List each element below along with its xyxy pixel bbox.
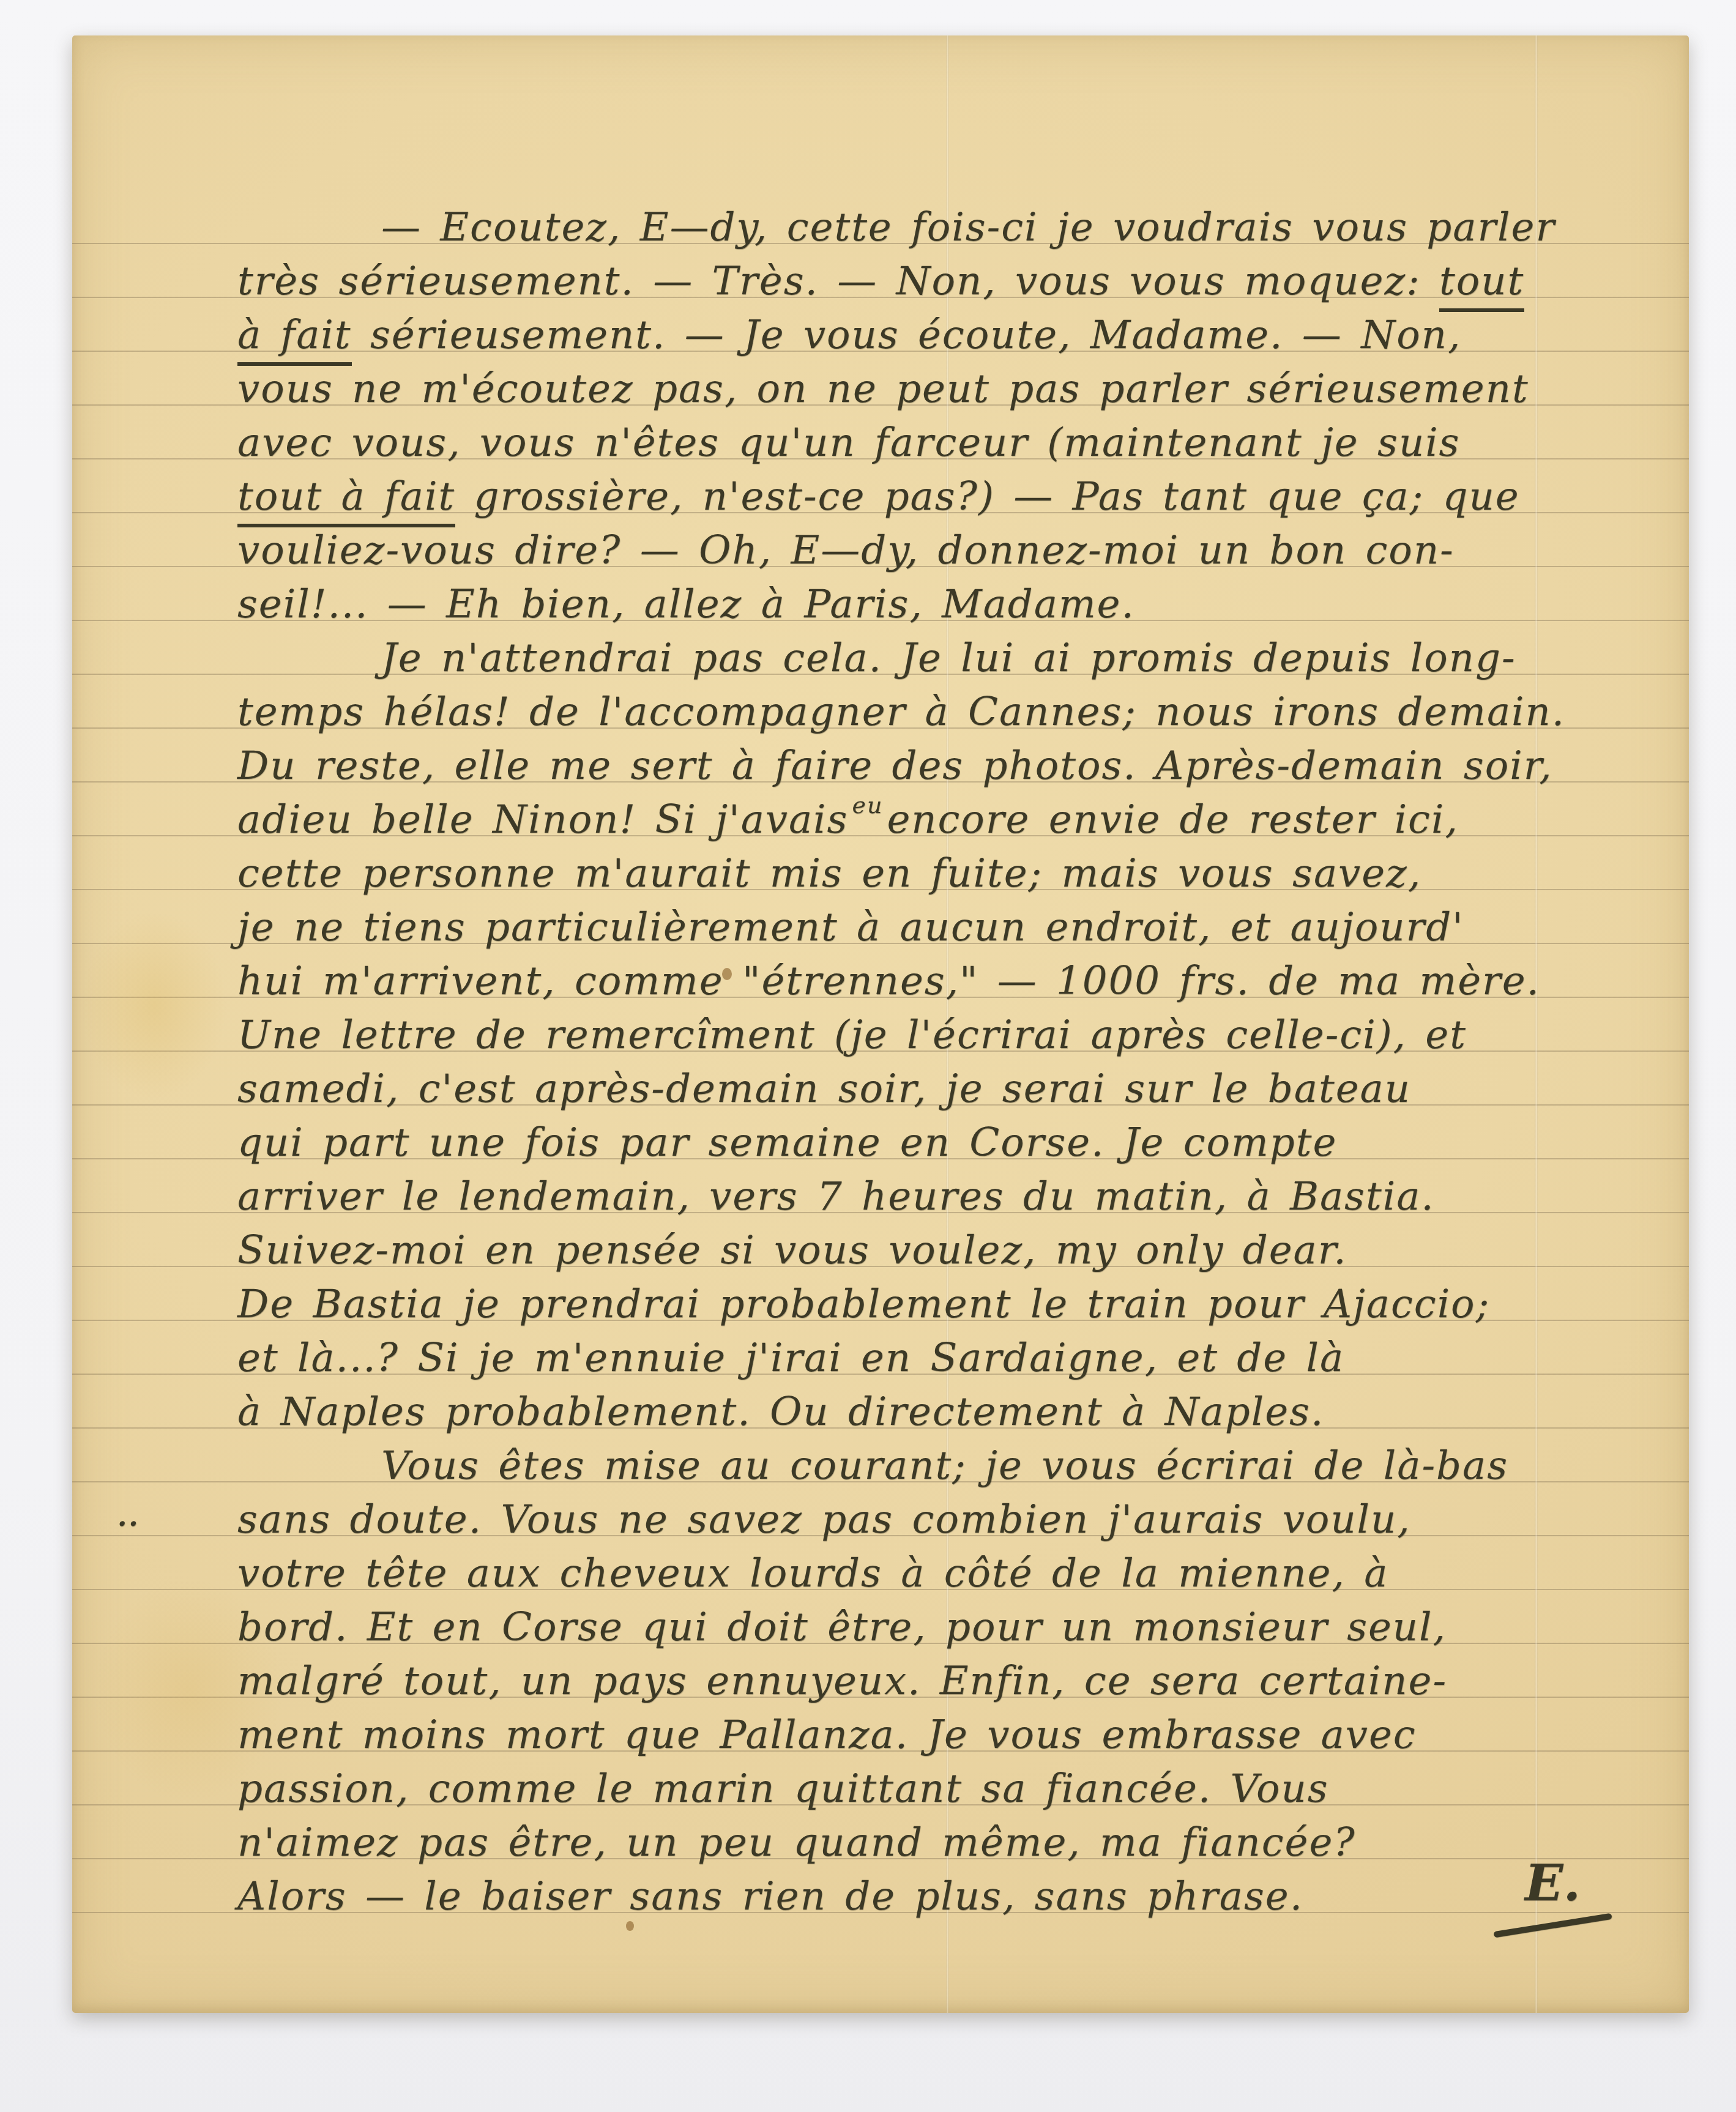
letter-line: vouliez-vous dire? — Oh, E—dy, donnez-mo…: [237, 524, 1602, 578]
text-segment: — Ecoutez, E—dy, cette fois-ci je voudra…: [381, 205, 1555, 250]
letter-paper: — Ecoutez, E—dy, cette fois-ci je voudra…: [72, 35, 1689, 2013]
letter-lines: — Ecoutez, E—dy, cette fois-ci je voudra…: [237, 201, 1602, 1924]
letter-line: seil!... — Eh bien, allez à Paris, Madam…: [237, 578, 1602, 631]
underlined-text: tout: [1439, 259, 1524, 312]
text-segment: et là...? Si je m'ennuie j'irai en Sarda…: [237, 1336, 1344, 1381]
letter-line: vous ne m'écoutez pas, on ne peut pas pa…: [237, 362, 1602, 416]
letter-line: cette personne m'aurait mis en fuite; ma…: [237, 847, 1602, 901]
margin-mark: ..: [117, 1490, 140, 1544]
text-segment: Vous êtes mise au courant; je vous écrir…: [381, 1443, 1508, 1489]
letter-line: hui m'arrivent, comme "étrennes," — 1000…: [237, 954, 1602, 1008]
text-segment: n'aimez pas être, un peu quand même, ma …: [237, 1820, 1356, 1865]
text-segment: sérieusement. — Je vous écoute, Madame. …: [352, 313, 1462, 358]
letter-line: à Naples probablement. Ou directement à …: [237, 1385, 1602, 1439]
letter-line: Vous êtes mise au courant; je vous écrir…: [237, 1439, 1602, 1493]
text-segment: très sérieusement. — Très. — Non, vous v…: [237, 259, 1439, 304]
text-segment: Une lettre de remercîment (je l'écrirai …: [237, 1013, 1467, 1058]
text-segment: seil!... — Eh bien, allez à Paris, Madam…: [237, 582, 1135, 627]
underlined-text: tout à fait: [237, 474, 455, 527]
text-segment: grossière, n'est-ce pas?) — Pas tant que…: [455, 474, 1520, 519]
letter-line: votre tête aux cheveux lourds à côté de …: [237, 1547, 1602, 1601]
letter-line: bord. Et en Corse qui doit être, pour un…: [237, 1601, 1602, 1654]
letter-line: et là...? Si je m'ennuie j'irai en Sarda…: [237, 1331, 1602, 1385]
letter-line: ment moins mort que Pallanza. Je vous em…: [237, 1708, 1602, 1762]
letter-line: De Bastia je prendrai probablement le tr…: [237, 1277, 1602, 1331]
letter-line: adieu belle Ninon! Si j'avaiseuencore en…: [237, 793, 1602, 847]
letter-line: tout à fait grossière, n'est-ce pas?) — …: [237, 470, 1602, 524]
letter-line: temps hélas! de l'accompagner à Cannes; …: [237, 685, 1602, 739]
letter-line: passion, comme le marin quittant sa fian…: [237, 1762, 1602, 1816]
underlined-text: à fait: [237, 313, 352, 366]
text-segment: Je n'attendrai pas cela. Je lui ai promi…: [381, 636, 1516, 681]
text-segment: samedi, c'est après-demain soir, je sera…: [237, 1066, 1411, 1112]
letter-line: Alors — le baiser sans rien de plus, san…: [237, 1870, 1602, 1924]
text-segment: bord. Et en Corse qui doit être, pour un…: [237, 1605, 1447, 1650]
letter-line: Je n'attendrai pas cela. Je lui ai promi…: [237, 631, 1602, 685]
letter-line: n'aimez pas être, un peu quand même, ma …: [237, 1816, 1602, 1870]
text-segment: passion, comme le marin quittant sa fian…: [237, 1766, 1328, 1812]
signature-initial: E.: [1493, 1854, 1612, 1913]
text-segment: qui part une fois par semaine en Corse. …: [237, 1120, 1337, 1166]
text-segment: Alors — le baiser sans rien de plus, san…: [237, 1874, 1303, 1919]
letter-line: qui part une fois par semaine en Corse. …: [237, 1116, 1602, 1170]
text-segment: De Bastia je prendrai probablement le tr…: [237, 1282, 1490, 1327]
text-segment: vous ne m'écoutez pas, on ne peut pas pa…: [237, 366, 1529, 412]
letter-line: je ne tiens particulièrement à aucun end…: [237, 901, 1602, 954]
scanner-bed: — Ecoutez, E—dy, cette fois-ci je voudra…: [0, 0, 1736, 2112]
signature-flourish: [1493, 1913, 1612, 1938]
letter-line: Du reste, elle me sert à faire des photo…: [237, 739, 1602, 793]
letter-line: avec vous, vous n'êtes qu'un farceur (ma…: [237, 416, 1602, 470]
letter-line: arriver le lendemain, vers 7 heures du m…: [237, 1170, 1602, 1224]
text-segment: votre tête aux cheveux lourds à côté de …: [237, 1551, 1388, 1596]
text-segment: ment moins mort que Pallanza. Je vous em…: [237, 1712, 1417, 1758]
letter-line: à fait sérieusement. — Je vous écoute, M…: [237, 308, 1602, 362]
text-segment: avec vous, vous n'êtes qu'un farceur (ma…: [237, 420, 1460, 466]
text-segment: sans doute. Vous ne savez pas combien j'…: [237, 1497, 1411, 1542]
letter-line: samedi, c'est après-demain soir, je sera…: [237, 1062, 1602, 1116]
text-segment: à Naples probablement. Ou directement à …: [237, 1389, 1324, 1435]
text-segment: arriver le lendemain, vers 7 heures du m…: [237, 1174, 1435, 1219]
inserted-word: eu: [852, 794, 883, 817]
letter-line: sans doute. Vous ne savez pas combien j'…: [237, 1493, 1602, 1547]
text-segment: cette personne m'aurait mis en fuite; ma…: [237, 851, 1421, 896]
letter-line: — Ecoutez, E—dy, cette fois-ci je voudra…: [237, 201, 1602, 255]
text-segment: encore envie de rester ici,: [887, 797, 1458, 842]
signature: E.: [1493, 1854, 1612, 1928]
text-segment: je ne tiens particulièrement à aucun end…: [237, 905, 1464, 950]
letter-line: Une lettre de remercîment (je l'écrirai …: [237, 1008, 1602, 1062]
letter-line: Suivez-moi en pensée si vous voulez, my …: [237, 1224, 1602, 1277]
text-segment: Du reste, elle me sert à faire des photo…: [237, 743, 1553, 789]
letter-line: très sérieusement. — Très. — Non, vous v…: [237, 255, 1602, 308]
text-segment: adieu belle Ninon! Si j'avais: [237, 797, 848, 842]
text-segment: malgré tout, un pays ennuyeux. Enfin, ce…: [237, 1659, 1447, 1704]
text-segment: temps hélas! de l'accompagner à Cannes; …: [237, 690, 1565, 735]
text-segment: vouliez-vous dire? — Oh, E—dy, donnez-mo…: [237, 528, 1455, 573]
text-segment: hui m'arrivent, comme "étrennes," — 1000…: [237, 959, 1540, 1004]
letter-line: malgré tout, un pays ennuyeux. Enfin, ce…: [237, 1654, 1602, 1708]
text-segment: Suivez-moi en pensée si vous voulez, my …: [237, 1228, 1347, 1273]
paper-stain: [81, 910, 228, 1100]
